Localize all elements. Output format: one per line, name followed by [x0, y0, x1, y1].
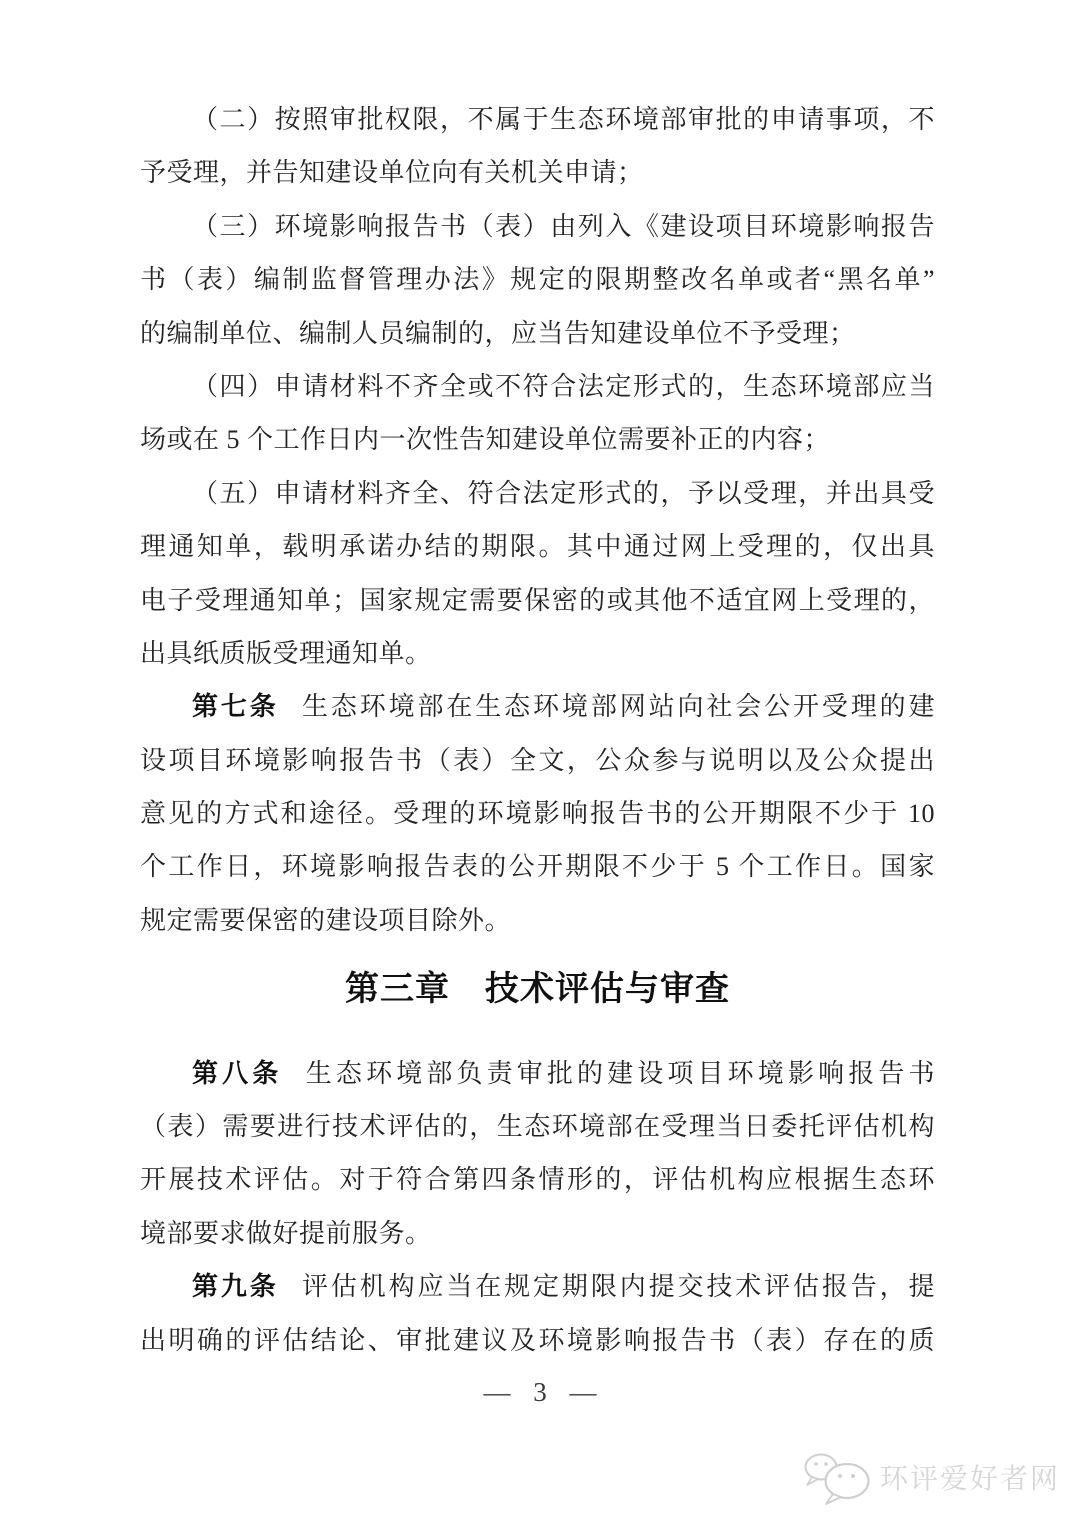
- text-line: （三）环境影响报告书（表）由列入《建设项目环境影响报告: [140, 200, 935, 253]
- text-line: 第七条生态环境部在生态环境部网站向社会公开受理的建: [140, 680, 935, 733]
- body-section-lower: 第八条生态环境部负责审批的建设项目环境影响报告书（表）需要进行技术评估的，生态环…: [140, 1047, 935, 1367]
- text-line: 理通知单，载明承诺办结的期限。其中通过网上受理的，仅出具: [140, 520, 935, 573]
- text-line: 予受理，并告知建设单位向有关机关申请；: [140, 146, 935, 199]
- text-line: 第八条生态环境部负责审批的建设项目环境影响报告书: [140, 1047, 935, 1100]
- text-line: 规定需要保密的建设项目除外。: [140, 894, 935, 947]
- article-number-label: 第七条: [192, 691, 279, 721]
- text-line: 个工作日，环境影响报告表的公开期限不少于 5 个工作日。国家: [140, 840, 935, 893]
- body-section-upper: （二）按照审批权限，不属于生态环境部审批的申请事项，不予受理，并告知建设单位向有…: [140, 93, 935, 947]
- text-line: 电子受理通知单；国家规定需要保密的或其他不适宜网上受理的，: [140, 574, 935, 627]
- text-line: 书（表）编制监督管理办法》规定的限期整改名单或者“黑名单”: [140, 253, 935, 306]
- wechat-bubbles-icon: [802, 1452, 872, 1506]
- text-line: （二）按照审批权限，不属于生态环境部审批的申请事项，不: [140, 93, 935, 146]
- text-line: 设项目环境影响报告书（表）全文，公众参与说明以及公众提出: [140, 734, 935, 787]
- document-page: （二）按照审批权限，不属于生态环境部审批的申请事项，不予受理，并告知建设单位向有…: [0, 0, 1080, 1526]
- page-number: — 3 —: [0, 1372, 1080, 1412]
- text-line: 意见的方式和途径。受理的环境影响报告书的公开期限不少于 10: [140, 787, 935, 840]
- document-body: （二）按照审批权限，不属于生态环境部审批的申请事项，不予受理，并告知建设单位向有…: [140, 93, 935, 1367]
- watermark-label: 环评爱好者网: [880, 1453, 1060, 1505]
- watermark: 环评爱好者网: [802, 1452, 1060, 1506]
- article-number-label: 第九条: [192, 1271, 279, 1301]
- text-line: 出具纸质版受理通知单。: [140, 627, 935, 680]
- article-number-label: 第八条: [192, 1058, 282, 1088]
- text-line: 的编制单位、编制人员编制的，应当告知建设单位不予受理；: [140, 307, 935, 360]
- text-line: 出明确的评估结论、审批建议及环境影响报告书（表）存在的质: [140, 1314, 935, 1367]
- text-line: 开展技术评估。对于符合第四条情形的，评估机构应根据生态环: [140, 1153, 935, 1206]
- text-line: （五）申请材料齐全、符合法定形式的，予以受理，并出具受: [140, 467, 935, 520]
- text-line: 场或在 5 个工作日内一次性告知建设单位需要补正的内容；: [140, 413, 935, 466]
- text-line: 第九条评估机构应当在规定期限内提交技术评估报告，提: [140, 1260, 935, 1313]
- text-line: （表）需要进行技术评估的，生态环境部在受理当日委托评估机构: [140, 1100, 935, 1153]
- text-line: （四）申请材料不齐全或不符合法定形式的，生态环境部应当: [140, 360, 935, 413]
- text-line: 境部要求做好提前服务。: [140, 1207, 935, 1260]
- chapter-heading: 第三章 技术评估与审查: [140, 963, 935, 1016]
